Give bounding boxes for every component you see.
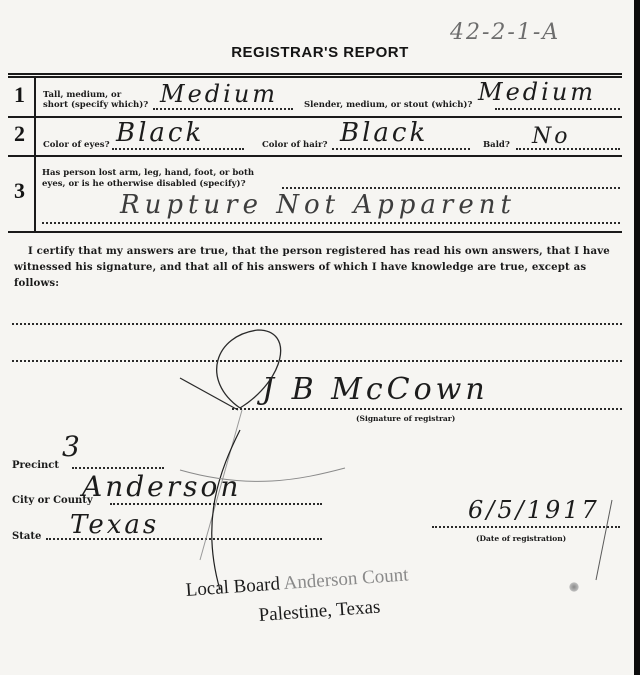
registrar-report-card: 42-2-1-A REGISTRAR'S REPORT 1 Tall, medi…	[0, 0, 634, 675]
scan-edge	[634, 0, 640, 675]
pen-strokes-overlay	[0, 0, 634, 675]
